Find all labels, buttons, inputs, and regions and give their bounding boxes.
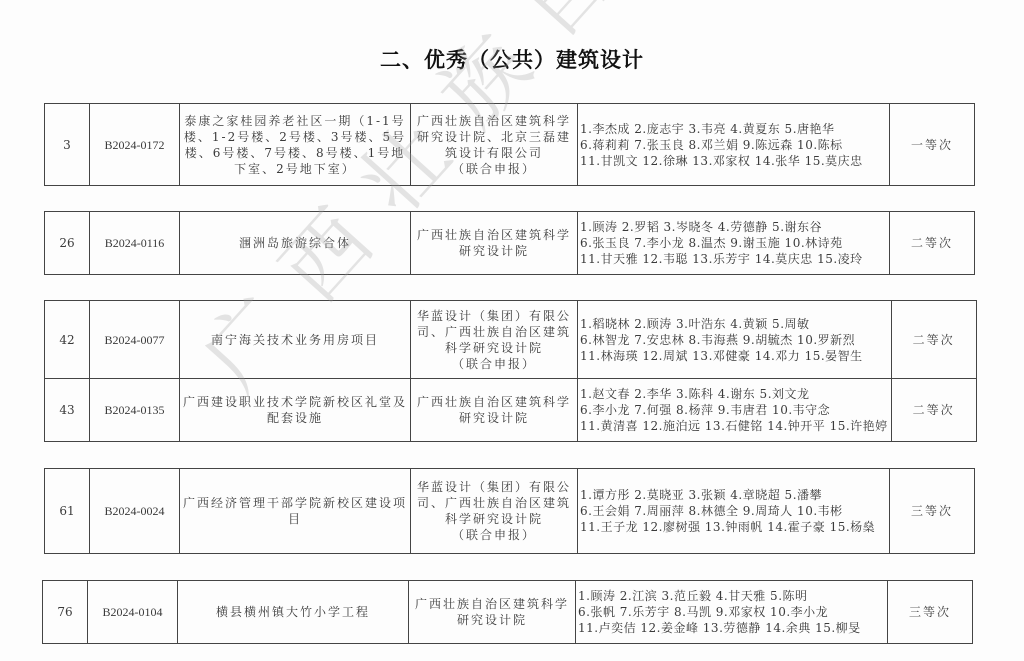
main-designers: 1.谭方彤 2.莫晓亚 3.张颖 4.章晓超 5.潘攀 6.王会娟 7.周丽萍 …: [578, 469, 890, 554]
designers-line: 6.张玉良 7.李小龙 8.温杰 9.谢玉施 10.林诗苑: [580, 235, 886, 251]
award-grade: 二等次: [890, 212, 975, 275]
entry-number: 61: [45, 469, 90, 554]
design-unit: 广西壮族自治区建筑科学研究设计院: [411, 212, 578, 275]
design-unit-line: 广西壮族自治区建筑科学研究设计院: [414, 394, 574, 426]
award-grade: 一等次: [890, 104, 975, 186]
entry-number: 26: [45, 212, 90, 275]
table-row: 42 B2024-0077 南宁海关技术业务用房项目 华蓝设计（集团）有限公司、…: [45, 301, 977, 379]
designers-line: 1.稻晓林 2.顾涛 3.叶浩东 4.黄颖 5.周敏: [580, 316, 888, 332]
designers-line: 1.赵文春 2.李华 3.陈科 4.谢东 5.刘文龙: [580, 386, 888, 402]
designers-line: 11.王子龙 12.廖树强 13.钟雨帆 14.霍子豪 15.杨燊: [580, 519, 886, 535]
designers-line: 1.李杰成 2.庞志宇 3.韦亮 4.黄夏东 5.唐艳华: [580, 121, 886, 137]
page-title: 二、优秀（公共）建筑设计: [0, 44, 1024, 74]
entry-code: B2024-0077: [90, 301, 180, 379]
entry-number: 43: [45, 379, 90, 442]
entry-number: 76: [43, 581, 88, 644]
designers-line: 1.顾涛 2.罗韬 3.岑晓冬 4.劳德静 5.谢东谷: [580, 219, 886, 235]
table-row: 61 B2024-0024 广西经济管理干部学院新校区建设项目 华蓝设计（集团）…: [45, 469, 975, 554]
award-table-2: 26 B2024-0116 涠洲岛旅游综合体 广西壮族自治区建筑科学研究设计院 …: [44, 211, 975, 275]
project-name: 泰康之家桂园养老社区一期（1-1号楼、1-2号楼、2号楼、3号楼、5号楼、6号楼…: [180, 104, 411, 186]
entry-code: B2024-0104: [88, 581, 178, 644]
main-designers: 1.顾涛 2.罗韬 3.岑晓冬 4.劳德静 5.谢东谷 6.张玉良 7.李小龙 …: [578, 212, 890, 275]
table-row: 43 B2024-0135 广西建设职业技术学院新校区礼堂及配套设施 广西壮族自…: [45, 379, 977, 442]
project-name: 南宁海关技术业务用房项目: [180, 301, 411, 379]
award-table-5: 76 B2024-0104 横县横州镇大竹小学工程 广西壮族自治区建筑科学研究设…: [42, 580, 973, 644]
design-unit: 广西壮族自治区建筑科学研究设计院: [411, 379, 578, 442]
project-name: 广西建设职业技术学院新校区礼堂及配套设施: [180, 379, 411, 442]
entry-code: B2024-0172: [90, 104, 180, 186]
table-row: 3 B2024-0172 泰康之家桂园养老社区一期（1-1号楼、1-2号楼、2号…: [45, 104, 975, 186]
entry-code: B2024-0116: [90, 212, 180, 275]
project-name: 涠洲岛旅游综合体: [180, 212, 411, 275]
design-unit-line: （联合申报）: [414, 527, 574, 543]
designers-line: 6.张帆 7.乐芳宇 8.马凯 9.邓家权 10.李小龙: [578, 604, 884, 620]
award-grade: 二等次: [891, 301, 976, 379]
main-designers: 1.顾涛 2.江滨 3.范丘毅 4.甘天雅 5.陈明 6.张帆 7.乐芳宇 8.…: [576, 581, 888, 644]
designers-line: 11.甘凯文 12.徐琳 13.邓家权 14.张华 15.莫庆忠: [580, 153, 886, 169]
table-row: 76 B2024-0104 横县横州镇大竹小学工程 广西壮族自治区建筑科学研究设…: [43, 581, 973, 644]
entry-code: B2024-0024: [90, 469, 180, 554]
entry-number: 42: [45, 301, 90, 379]
table-row: 26 B2024-0116 涠洲岛旅游综合体 广西壮族自治区建筑科学研究设计院 …: [45, 212, 975, 275]
designers-line: 11.卢奕佶 12.姜金峰 13.劳德静 14.余典 15.柳旻: [578, 620, 884, 636]
designers-line: 6.王会娟 7.周丽萍 8.林德全 9.周琦人 10.韦彬: [580, 503, 886, 519]
designers-line: 6.李小龙 7.何强 8.杨萍 9.韦唐君 10.韦守念: [580, 402, 888, 418]
designers-line: 6.林智龙 7.安忠林 8.韦海燕 9.胡毓杰 10.罗新烈: [580, 332, 888, 348]
designers-line: 1.顾涛 2.江滨 3.范丘毅 4.甘天雅 5.陈明: [578, 588, 884, 604]
design-unit-line: 广西壮族自治区建筑科学研究设计院、北京三磊建筑设计有限公司: [414, 113, 574, 161]
project-name: 横县横州镇大竹小学工程: [178, 581, 409, 644]
design-unit-line: （联合申报）: [414, 161, 574, 177]
main-designers: 1.李杰成 2.庞志宇 3.韦亮 4.黄夏东 5.唐艳华 6.蒋莉莉 7.张玉良…: [578, 104, 890, 186]
design-unit: 华蓝设计（集团）有限公司、广西壮族自治区建筑科学研究设计院 （联合申报）: [411, 301, 578, 379]
main-designers: 1.稻晓林 2.顾涛 3.叶浩东 4.黄颖 5.周敏 6.林智龙 7.安忠林 8…: [578, 301, 892, 379]
project-name: 广西经济管理干部学院新校区建设项目: [180, 469, 411, 554]
designers-line: 11.黄清喜 12.施泊远 13.石健铭 14.钟开平 15.许艳婷: [580, 418, 888, 434]
entry-code: B2024-0135: [90, 379, 180, 442]
award-table-1: 3 B2024-0172 泰康之家桂园养老社区一期（1-1号楼、1-2号楼、2号…: [44, 103, 975, 186]
award-grade: 二等次: [891, 379, 976, 442]
designers-line: 1.谭方彤 2.莫晓亚 3.张颖 4.章晓超 5.潘攀: [580, 487, 886, 503]
design-unit: 广西壮族自治区建筑科学研究设计院: [409, 581, 576, 644]
design-unit-line: 华蓝设计（集团）有限公司、广西壮族自治区建筑科学研究设计院: [414, 308, 574, 356]
award-grade: 三等次: [888, 581, 973, 644]
designers-line: 11.林海瑛 12.周斌 13.邓健豪 14.邓力 15.晏智生: [580, 348, 888, 364]
design-unit: 广西壮族自治区建筑科学研究设计院、北京三磊建筑设计有限公司 （联合申报）: [411, 104, 578, 186]
design-unit-line: 华蓝设计（集团）有限公司、广西壮族自治区建筑科学研究设计院: [414, 479, 574, 527]
entry-number: 3: [45, 104, 90, 186]
design-unit-line: （联合申报）: [414, 356, 574, 372]
main-designers: 1.赵文春 2.李华 3.陈科 4.谢东 5.刘文龙 6.李小龙 7.何强 8.…: [578, 379, 892, 442]
designers-line: 6.蒋莉莉 7.张玉良 8.邓兰娟 9.陈远森 10.陈标: [580, 137, 886, 153]
award-table-4: 61 B2024-0024 广西经济管理干部学院新校区建设项目 华蓝设计（集团）…: [44, 468, 975, 554]
designers-line: 11.甘天雅 12.韦聪 13.乐芳宇 14.莫庆忠 15.凌玲: [580, 251, 886, 267]
design-unit: 华蓝设计（集团）有限公司、广西壮族自治区建筑科学研究设计院 （联合申报）: [411, 469, 578, 554]
award-grade: 三等次: [890, 469, 975, 554]
design-unit-line: 广西壮族自治区建筑科学研究设计院: [414, 227, 574, 259]
award-table-3: 42 B2024-0077 南宁海关技术业务用房项目 华蓝设计（集团）有限公司、…: [44, 300, 977, 442]
design-unit-line: 广西壮族自治区建筑科学研究设计院: [412, 596, 572, 628]
